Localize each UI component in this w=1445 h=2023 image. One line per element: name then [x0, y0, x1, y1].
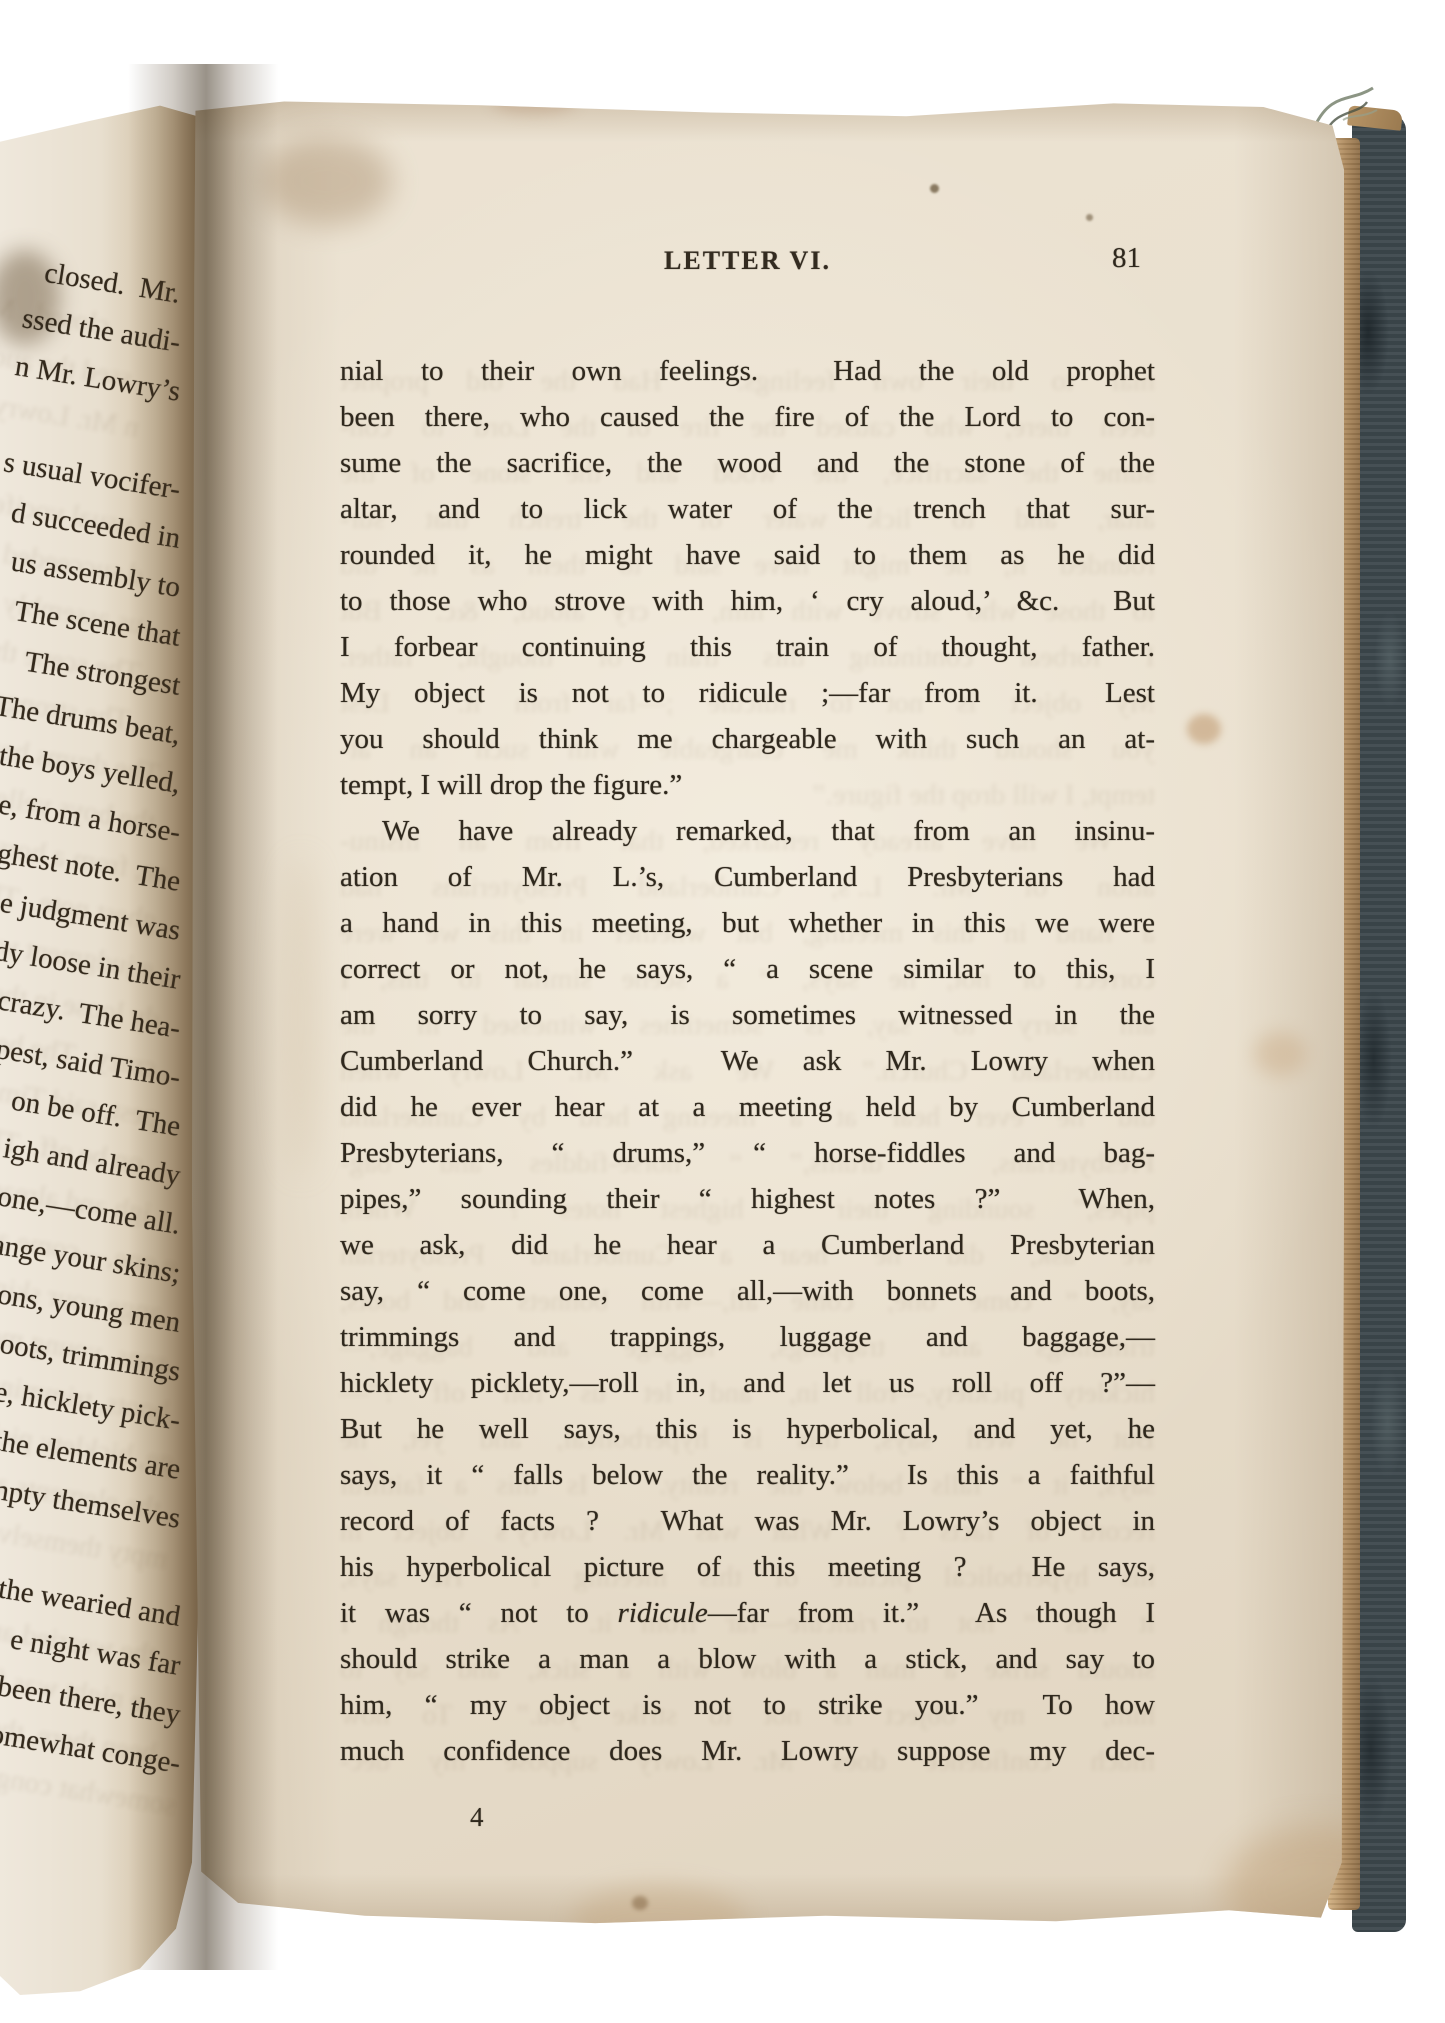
text-line: Presbyterians, “ drums,” “ horse-fiddles…: [340, 1130, 1155, 1176]
text-line: We have already remarked, that from an i…: [340, 808, 1155, 854]
text-line: to those who strove with him, ‘ cry alou…: [340, 578, 1155, 624]
body-text: nial to their own feelings. Had the old …: [340, 348, 1155, 1774]
text-line: trimmings and trappings, luggage and bag…: [340, 1314, 1155, 1360]
text-line: pipes,” sounding their “ highest notes ?…: [340, 1176, 1155, 1222]
text-line: sume the sacrifice, the wood and the sto…: [340, 440, 1155, 486]
text-line: tempt, I will drop the figure.”: [340, 762, 1155, 808]
text-line: him, “ my object is not to strike you.” …: [340, 1682, 1155, 1728]
left-page: closed. Mr.ssed the audi-n Mr. Lowry’ss …: [0, 100, 200, 1995]
text-line: we ask, did he hear a Cumberland Presbyt…: [340, 1222, 1155, 1268]
text-line: his hyperbolical picture of this meeting…: [340, 1544, 1155, 1590]
text-line: nial to their own feelings. Had the old …: [340, 348, 1155, 394]
text-line: I forbear continuing this train of thoug…: [340, 624, 1155, 670]
text-line: hicklety picklety,—roll in, and let us r…: [340, 1360, 1155, 1406]
text-line: a hand in this meeting, but whether in t…: [340, 900, 1155, 946]
photo-background: { "photo": { "background": "#ffffff" }, …: [0, 0, 1445, 2023]
text-line: But he well says, this is hyperbolical, …: [340, 1406, 1155, 1452]
text-line: says, it “ falls below the reality.” Is …: [340, 1452, 1155, 1498]
text-line: been there, who caused the fire of the L…: [340, 394, 1155, 440]
running-header: LETTER VI.: [340, 246, 1155, 276]
text-line: much confidence does Mr. Lowry suppose m…: [340, 1728, 1155, 1774]
text-line: Cumberland Church.” We ask Mr. Lowry whe…: [340, 1038, 1155, 1084]
text-line: should strike a man a blow with a stick,…: [340, 1636, 1155, 1682]
text-line: say, “ come one, come all,—with bonnets …: [340, 1268, 1155, 1314]
text-line: correct or not, he says, “ a scene simil…: [340, 946, 1155, 992]
signature-mark: 4: [470, 1802, 484, 1833]
text-line: you should think me chargeable with such…: [340, 716, 1155, 762]
page-number: 81: [1112, 242, 1141, 275]
text-line: it was “ not to ridicule—far from it.” A…: [340, 1590, 1155, 1636]
text-line: altar, and to lick water of the trench t…: [340, 486, 1155, 532]
page-header: LETTER VI. 81: [340, 246, 1155, 288]
text-line: My object is not to ridicule ;—far from …: [340, 670, 1155, 716]
text-line: ation of Mr. L.’s, Cumberland Presbyteri…: [340, 854, 1155, 900]
text-line: did he ever hear at a meeting held by Cu…: [340, 1084, 1155, 1130]
book-cover-edge: [1352, 114, 1406, 1932]
text-line: am sorry to say, is sometimes witnessed …: [340, 992, 1155, 1038]
left-page-text: closed. Mr.ssed the audi-n Mr. Lowry’ss …: [0, 270, 180, 1789]
right-page: nial to their own feelings. Had the old …: [192, 96, 1344, 1936]
text-line: rounded it, he might have said to them a…: [340, 532, 1155, 578]
text-line: record of facts ? What was Mr. Lowry’s o…: [340, 1498, 1155, 1544]
